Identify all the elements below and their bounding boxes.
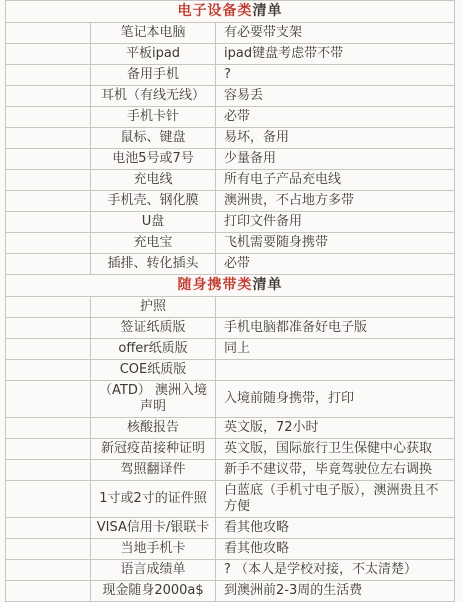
checkbox-cell xyxy=(6,360,91,381)
checkbox-cell xyxy=(6,518,91,539)
item-cell: （ATD） 澳洲入境声明 xyxy=(91,381,216,418)
checkbox-cell xyxy=(6,149,91,170)
item-cell: COE纸质版 xyxy=(91,360,216,381)
table-row: 充电宝飞机需要随身携带 xyxy=(6,233,455,254)
note-cell: 同上 xyxy=(216,339,455,360)
item-cell: 手机壳、钢化膜 xyxy=(91,191,216,212)
packing-list-sheet: 电子设备类清单笔记本电脑有必要带支架平板ipadipad键盘考虑带不带备用手机?… xyxy=(5,0,454,600)
item-cell: 护照 xyxy=(91,297,216,318)
table-row: 耳机（有线无线）容易丢 xyxy=(6,86,455,107)
item-cell: 鼠标、键盘 xyxy=(91,128,216,149)
note-cell: 有必要带支架 xyxy=(216,23,455,44)
table-row: 驾照翻译件新手不建议带，毕竟驾驶位左右调换 xyxy=(6,460,455,481)
item-cell: 驾照翻译件 xyxy=(91,460,216,481)
note-cell: 少量备用 xyxy=(216,149,455,170)
item-cell: 新冠疫苗接种证明 xyxy=(91,439,216,460)
checkbox-cell xyxy=(6,460,91,481)
checkbox-cell xyxy=(6,191,91,212)
item-cell: offer纸质版 xyxy=(91,339,216,360)
checkbox-cell xyxy=(6,44,91,65)
table-row: （ATD） 澳洲入境声明入境前随身携带，打印 xyxy=(6,381,455,418)
section-title-suffix: 清单 xyxy=(253,3,283,19)
item-cell: 电池5号或7号 xyxy=(91,149,216,170)
note-cell: 新手不建议带，毕竟驾驶位左右调换 xyxy=(216,460,455,481)
section-title-category: 随身携带类 xyxy=(178,277,253,293)
checkbox-cell xyxy=(6,581,91,601)
note-cell: ? （本人是学校对接，不太清楚） xyxy=(216,560,455,581)
checkbox-cell xyxy=(6,233,91,254)
section-title: 电子设备类清单 xyxy=(6,1,455,23)
checkbox-cell xyxy=(6,481,91,518)
checkbox-cell xyxy=(6,212,91,233)
note-cell: 看其他攻略 xyxy=(216,518,455,539)
note-cell: 到澳洲前2-3周的生活费 xyxy=(216,581,455,601)
checkbox-cell xyxy=(6,107,91,128)
section-title-row: 电子设备类清单 xyxy=(6,1,455,23)
table-row: 插排、转化插头必带 xyxy=(6,254,455,275)
note-cell xyxy=(216,297,455,318)
section-title-suffix: 清单 xyxy=(253,277,283,293)
table-row: 充电线所有电子产品充电线 xyxy=(6,170,455,191)
item-cell: 备用手机 xyxy=(91,65,216,86)
packing-table: 电子设备类清单笔记本电脑有必要带支架平板ipadipad键盘考虑带不带备用手机?… xyxy=(5,0,455,600)
item-cell: 耳机（有线无线） xyxy=(91,86,216,107)
table-row: 语言成绩单? （本人是学校对接，不太清楚） xyxy=(6,560,455,581)
checkbox-cell xyxy=(6,86,91,107)
table-row: 笔记本电脑有必要带支架 xyxy=(6,23,455,44)
item-cell: 平板ipad xyxy=(91,44,216,65)
checkbox-cell xyxy=(6,65,91,86)
note-cell: 英文版，72小时 xyxy=(216,418,455,439)
table-row: 当地手机卡看其他攻略 xyxy=(6,539,455,560)
note-cell: 手机电脑都准备好电子版 xyxy=(216,318,455,339)
packing-table-body: 电子设备类清单笔记本电脑有必要带支架平板ipadipad键盘考虑带不带备用手机?… xyxy=(6,1,455,601)
note-cell: 入境前随身携带，打印 xyxy=(216,381,455,418)
item-cell: U盘 xyxy=(91,212,216,233)
table-row: 鼠标、键盘易坏，备用 xyxy=(6,128,455,149)
note-cell: 必带 xyxy=(216,107,455,128)
table-row: COE纸质版 xyxy=(6,360,455,381)
note-cell: 易坏，备用 xyxy=(216,128,455,149)
item-cell: 1寸或2寸的证件照 xyxy=(91,481,216,518)
item-cell: 语言成绩单 xyxy=(91,560,216,581)
checkbox-cell xyxy=(6,23,91,44)
table-row: 新冠疫苗接种证明英文版，国际旅行卫生保健中心获取 xyxy=(6,439,455,460)
table-row: 1寸或2寸的证件照白蓝底（手机寸电子版），澳洲贵且不方便 xyxy=(6,481,455,518)
section-title-row: 随身携带类清单 xyxy=(6,275,455,297)
checkbox-cell xyxy=(6,254,91,275)
table-row: 护照 xyxy=(6,297,455,318)
table-row: VISA信用卡/银联卡看其他攻略 xyxy=(6,518,455,539)
table-row: 电池5号或7号少量备用 xyxy=(6,149,455,170)
item-cell: 手机卡针 xyxy=(91,107,216,128)
table-row: 签证纸质版手机电脑都准备好电子版 xyxy=(6,318,455,339)
note-cell: 飞机需要随身携带 xyxy=(216,233,455,254)
table-row: offer纸质版同上 xyxy=(6,339,455,360)
note-cell: ipad键盘考虑带不带 xyxy=(216,44,455,65)
note-cell xyxy=(216,360,455,381)
note-cell: 白蓝底（手机寸电子版），澳洲贵且不方便 xyxy=(216,481,455,518)
checkbox-cell xyxy=(6,170,91,191)
section-title-category: 电子设备类 xyxy=(178,3,253,19)
note-cell: 必带 xyxy=(216,254,455,275)
item-cell: 充电线 xyxy=(91,170,216,191)
note-cell: 所有电子产品充电线 xyxy=(216,170,455,191)
table-row: 现金随身2000a$到澳洲前2-3周的生活费 xyxy=(6,581,455,601)
item-cell: VISA信用卡/银联卡 xyxy=(91,518,216,539)
checkbox-cell xyxy=(6,539,91,560)
section-title: 随身携带类清单 xyxy=(6,275,455,297)
note-cell: 英文版，国际旅行卫生保健中心获取 xyxy=(216,439,455,460)
item-cell: 签证纸质版 xyxy=(91,318,216,339)
note-cell: 看其他攻略 xyxy=(216,539,455,560)
checkbox-cell xyxy=(6,560,91,581)
note-cell: ? xyxy=(216,65,455,86)
note-cell: 打印文件备用 xyxy=(216,212,455,233)
checkbox-cell xyxy=(6,339,91,360)
table-row: 备用手机? xyxy=(6,65,455,86)
checkbox-cell xyxy=(6,128,91,149)
item-cell: 笔记本电脑 xyxy=(91,23,216,44)
item-cell: 现金随身2000a$ xyxy=(91,581,216,601)
item-cell: 充电宝 xyxy=(91,233,216,254)
checkbox-cell xyxy=(6,318,91,339)
item-cell: 插排、转化插头 xyxy=(91,254,216,275)
checkbox-cell xyxy=(6,297,91,318)
checkbox-cell xyxy=(6,418,91,439)
item-cell: 核酸报告 xyxy=(91,418,216,439)
checkbox-cell xyxy=(6,439,91,460)
table-row: 手机壳、钢化膜澳洲贵，不占地方多带 xyxy=(6,191,455,212)
table-row: 手机卡针必带 xyxy=(6,107,455,128)
note-cell: 容易丢 xyxy=(216,86,455,107)
item-cell: 当地手机卡 xyxy=(91,539,216,560)
table-row: 平板ipadipad键盘考虑带不带 xyxy=(6,44,455,65)
note-cell: 澳洲贵，不占地方多带 xyxy=(216,191,455,212)
checkbox-cell xyxy=(6,381,91,418)
table-row: 核酸报告英文版，72小时 xyxy=(6,418,455,439)
table-row: U盘打印文件备用 xyxy=(6,212,455,233)
